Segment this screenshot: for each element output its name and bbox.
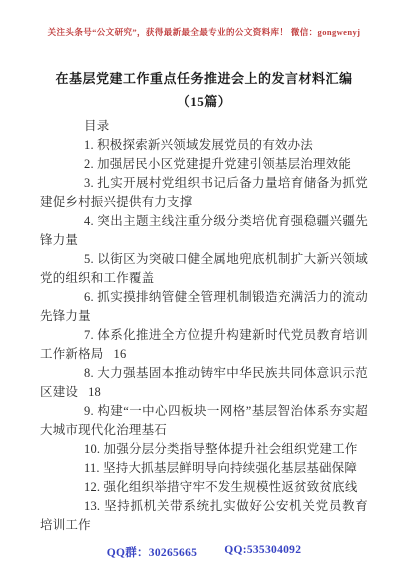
toc-item: 11. 坚持大抓基层鲜明导向持续强化基层基础保障	[40, 459, 368, 478]
document-page: 关注头条号“公文研究”，获得最新最全最专业的公文资料库！ 微信：gongweny…	[0, 0, 408, 580]
toc-item-text: 13. 坚持抓机关带系统扎实做好公安机关党员教育培训工作	[40, 499, 368, 532]
toc-item-text: 11. 坚持大抓基层鲜明导向持续强化基层基础保障	[84, 461, 357, 475]
toc-item: 6. 抓实摸排纳管健全管理机制锻造充满活力的流动先锋力量	[40, 288, 368, 326]
doc-title: 在基层党建工作重点任务推进会上的发言材料汇编（15篇）	[46, 67, 362, 113]
toc-item-text: 3. 扎实开展村党组织书记后备力量培育储备为抓党建促乡村振兴提供有力支撑	[40, 176, 368, 209]
toc-item: 4. 突出主题主线注重分级分类培优育强稳疆兴疆先锋力量	[40, 212, 368, 250]
qq-group-label: QQ群：30265665	[107, 544, 198, 560]
toc-item: 7. 体系化推进全方位提升构建新时代党员教育培训工作新格局16	[40, 326, 368, 364]
toc-item-text: 12. 强化组织举措守牢不发生规模性返贫致贫底线	[84, 480, 358, 494]
toc-item: 5. 以街区为突破口健全属地兜底机制扩大新兴领域党的组织和工作覆盖	[40, 250, 368, 288]
toc-item: 8. 大力强基固本推动铸牢中华民族共同体意识示范区建设18	[40, 364, 368, 402]
toc-item: 9. 构建“一中心四板块一网格”基层智治体系夯实超大城市现代化治理基石	[40, 402, 368, 440]
toc-item: 13. 坚持抓机关带系统扎实做好公安机关党员教育培训工作	[40, 497, 368, 535]
toc-item: 12. 强化组织举措守牢不发生规模性返贫致贫底线	[40, 478, 368, 497]
toc-item-text: 5. 以街区为突破口健全属地兜底机制扩大新兴领域党的组织和工作覆盖	[40, 252, 368, 285]
toc-item-text: 6. 抓实摸排纳管健全管理机制锻造充满活力的流动先锋力量	[40, 290, 368, 323]
toc-item-text: 7. 体系化推进全方位提升构建新时代党员教育培训工作新格局	[40, 328, 368, 361]
toc-item-text: 1. 积极探索新兴领域发展党员的有效办法	[84, 138, 313, 152]
toc-item-text: 4. 突出主题主线注重分级分类培优育强稳疆兴疆先锋力量	[40, 214, 368, 247]
toc-section: 目录 1. 积极探索新兴领域发展党员的有效办法 2. 加强居民小区党建提升党建引…	[0, 117, 408, 535]
toc-item: 10. 加强分层分类指导整体提升社会组织党建工作	[40, 440, 368, 459]
toc-item: 3. 扎实开展村党组织书记后备力量培育储备为抓党建促乡村振兴提供有力支撑	[40, 174, 368, 212]
toc-heading: 目录	[40, 117, 368, 136]
toc-item: 2. 加强居民小区党建提升党建引领基层治理效能	[40, 155, 368, 174]
qq-label: QQ:535304092	[224, 544, 301, 560]
promo-banner: 关注头条号“公文研究”，获得最新最全最专业的公文资料库！ 微信：gongweny…	[0, 0, 408, 38]
toc-item: 1. 积极探索新兴领域发展党员的有效办法	[40, 136, 368, 155]
toc-item-text: 10. 加强分层分类指导整体提升社会组织党建工作	[84, 442, 358, 456]
toc-item-text: 2. 加强居民小区党建提升党建引领基层治理效能	[84, 157, 351, 171]
toc-item-page: 18	[88, 385, 101, 399]
footer: QQ群：30265665 QQ:535304092	[0, 544, 408, 560]
toc-item-page: 16	[114, 347, 127, 361]
toc-item-text: 9. 构建“一中心四板块一网格”基层智治体系夯实超大城市现代化治理基石	[40, 404, 368, 437]
